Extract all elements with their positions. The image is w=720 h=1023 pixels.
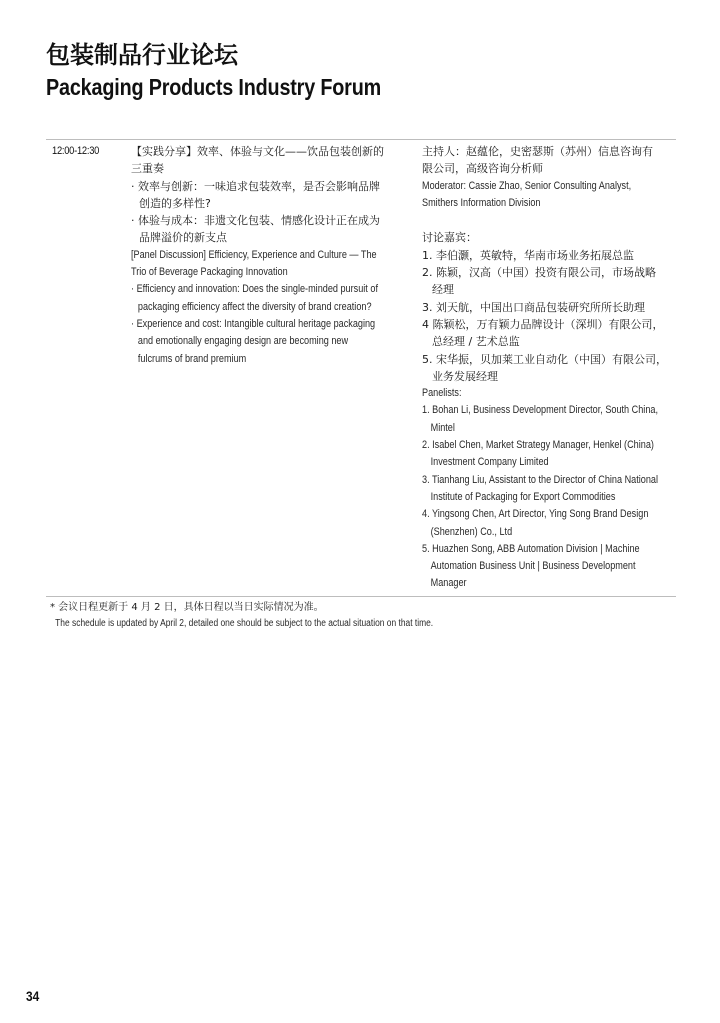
session-speakers-column: 主持人：赵蕴伦，史密瑟斯（苏州）信息咨询有 限公司，高级咨询分析师 Modera… [422,143,684,593]
moderator-en: Smithers Information Division [422,195,647,212]
topic-line: 品牌溢价的新支点 [131,229,401,246]
topic-bullet: · 效率与创新：一味追求包装效率，是否会影响品牌 [131,178,401,195]
table-bottom-divider [46,596,676,597]
moderator-en: Moderator: Cassie Zhao, Senior Consultin… [422,178,647,195]
panelist-en: Institute of Packaging for Export Commod… [422,489,647,506]
panelist-en: 1. Bohan Li, Business Development Direct… [422,402,647,419]
panelist-en: Manager [422,575,647,592]
topic-bullet-en: · Efficiency and innovation: Does the si… [131,281,363,298]
topic-line-en: Trio of Beverage Packaging Innovation [131,264,363,281]
page-title-zh: 包装制品行业论坛 [46,40,238,70]
panelist-zh: 5. 宋华振，贝加莱工业自动化（中国）有限公司， [422,351,684,368]
panelist-zh: 2. 陈颖，汉高（中国）投资有限公司，市场战略 [422,264,684,281]
panelist-zh: 3. 刘天航，中国出口商品包装研究所所长助理 [422,299,684,316]
panelist-zh: 总经理 / 艺术总监 [422,333,684,350]
session-time: 12:00-12:30 [52,143,99,160]
schedule-footnote: * 会议日程更新于 4 月 2 日，具体日程以当日实际情况为准。 The sch… [50,600,496,631]
footnote-zh: * 会议日程更新于 4 月 2 日，具体日程以当日实际情况为准。 [50,600,496,616]
panelists-heading-en: Panelists: [422,385,647,402]
panelists-heading-zh: 讨论嘉宾： [422,229,684,246]
footnote-en: The schedule is updated by April 2, deta… [50,616,433,631]
topic-line-en: and emotionally engaging design are beco… [131,333,363,350]
topic-bullet-en: · Experience and cost: Intangible cultur… [131,316,363,333]
moderator-zh: 主持人：赵蕴伦，史密瑟斯（苏州）信息咨询有 [422,143,684,160]
topic-line: 创造的多样性? [131,195,401,212]
panelist-en: 4. Yingsong Chen, Art Director, Ying Son… [422,506,647,523]
panelist-en: Automation Business Unit | Business Deve… [422,558,647,575]
topic-line-en: [Panel Discussion] Efficiency, Experienc… [131,247,363,264]
panelist-en: 3. Tianhang Liu, Assistant to the Direct… [422,472,647,489]
panelist-en: (Shenzhen) Co., Ltd [422,524,647,541]
page-title-en: Packaging Products Industry Forum [46,73,381,101]
panelist-en: 2. Isabel Chen, Market Strategy Manager,… [422,437,647,454]
session-topic-column: 【实践分享】效率、体验与文化——饮品包装创新的 三重奏 · 效率与创新：一味追求… [131,143,401,368]
panelist-en: 5. Huazhen Song, ABB Automation Division… [422,541,647,558]
topic-bullet: · 体验与成本：非遗文化包装、情感化设计正在成为 [131,212,401,229]
table-top-divider [46,139,676,140]
topic-line: 三重奏 [131,160,401,177]
page-number: 34 [26,988,39,1004]
panelist-zh: 1. 李伯灏，英敏特，华南市场业务拓展总监 [422,247,684,264]
topic-line-en: fulcrums of brand premium [131,351,363,368]
moderator-zh: 限公司，高级咨询分析师 [422,160,684,177]
panelist-en: Mintel [422,420,647,437]
spacer [422,212,684,229]
topic-line-en: packaging efficiency affect the diversit… [131,299,363,316]
panelist-zh: 4 陈颖松，万有颖力品牌设计（深圳）有限公司， [422,316,684,333]
panelist-zh: 经理 [422,281,684,298]
panelist-en: Investment Company Limited [422,454,647,471]
topic-line: 【实践分享】效率、体验与文化——饮品包装创新的 [131,143,401,160]
panelist-zh: 业务发展经理 [422,368,684,385]
